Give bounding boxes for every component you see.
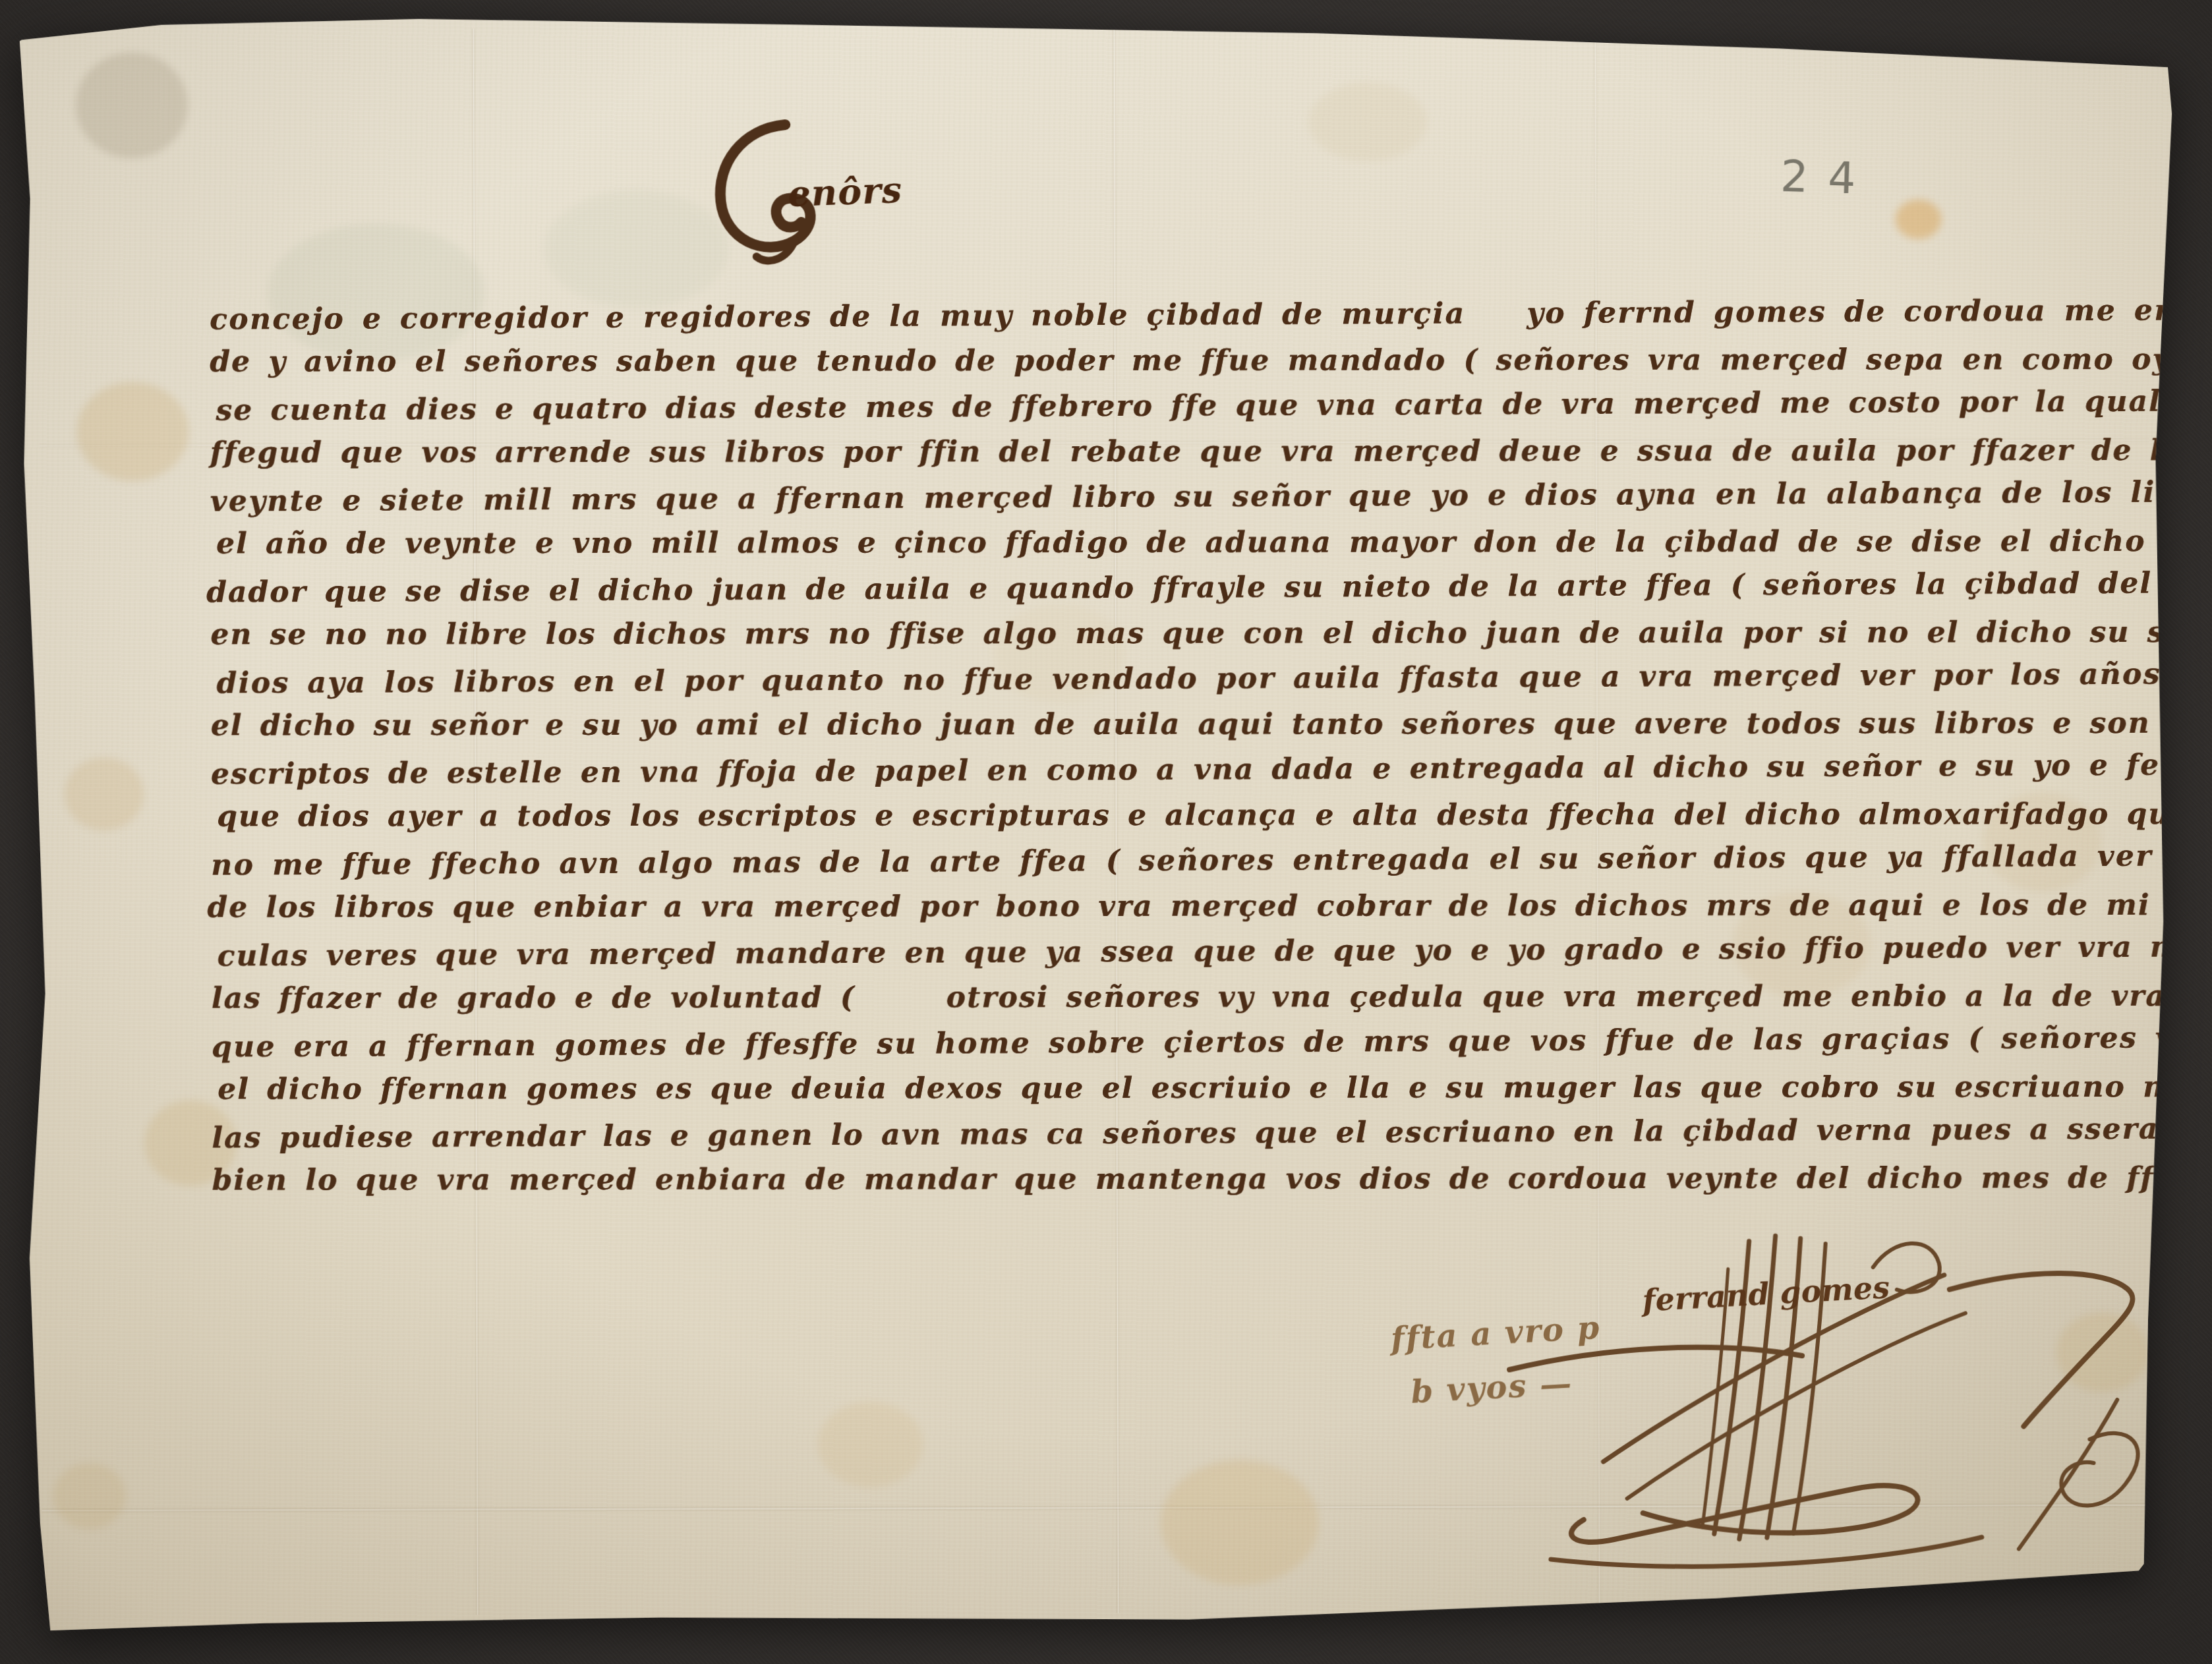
manuscript-line: que era a ffernan gomes de ffesffe su ho… bbox=[212, 1016, 2051, 1070]
stain bbox=[53, 1463, 126, 1529]
manuscript-body: concejo e corregidor e regidores de la m… bbox=[210, 290, 2051, 1249]
stain bbox=[76, 53, 188, 158]
manuscript-line: el dicho ffernan gomes es que deuia dexo… bbox=[218, 1064, 2051, 1112]
stain bbox=[1308, 82, 1427, 161]
stain bbox=[1161, 1460, 1319, 1586]
manuscript-line: culas veres que vra merçed mandare en qu… bbox=[217, 925, 2050, 979]
manuscript-paper: enôrs 24 concejo e corregidor e regidore… bbox=[16, 8, 2196, 1650]
manuscript-line: de y avino el señores saben que tenudo d… bbox=[210, 337, 2049, 384]
stain bbox=[76, 382, 189, 481]
paper-sheet: enôrs 24 concejo e corregidor e regidore… bbox=[16, 8, 2196, 1650]
signature-rubric: ferrand gomes bbox=[1504, 1228, 2164, 1586]
manuscript-line: no me ffue ffecho avn algo mas de la art… bbox=[211, 834, 2050, 888]
manuscript-line: en se no no libre los dichos mrs no ffis… bbox=[210, 610, 2049, 657]
manuscript-line: concejo e corregidor e regidores de la m… bbox=[210, 288, 2049, 342]
manuscript-line: que dios ayer a todos los escriptos e es… bbox=[217, 791, 2050, 839]
manuscript-line: veynte e siete mill mrs que a ffernan me… bbox=[210, 470, 2049, 524]
manuscript-line: las ffazer de grado e de voluntad ( otro… bbox=[212, 973, 2051, 1021]
manuscript-line: escriptos de estelle en vna ffoja de pap… bbox=[211, 743, 2050, 797]
stain bbox=[1896, 200, 1942, 239]
heading-text: enôrs bbox=[787, 169, 903, 215]
manuscript-line: el dicho su señor e su yo ami el dicho j… bbox=[211, 701, 2050, 748]
stain bbox=[65, 758, 144, 830]
stain bbox=[544, 189, 728, 308]
manuscript-line: dios aya los libros en el por quanto no … bbox=[216, 652, 2049, 706]
folio-number: 24 bbox=[1780, 151, 1876, 205]
document-heading: enôrs bbox=[707, 115, 985, 254]
manuscript-line: dador que se dise el dicho juan de auila… bbox=[206, 561, 2049, 615]
manuscript-line: se cuenta dies e quatro dias deste mes d… bbox=[216, 379, 2049, 433]
manuscript-line: ffegud que vos arrende sus libros por ff… bbox=[210, 428, 2049, 475]
stain bbox=[817, 1402, 923, 1487]
manuscript-line: bien lo que vra merçed enbiara de mandar… bbox=[212, 1155, 2051, 1203]
manuscript-line: de los libros que enbiar a vra merçed po… bbox=[207, 882, 2050, 930]
manuscript-line: el año de veynte e vno mill almos e çinc… bbox=[216, 519, 2049, 566]
manuscript-line: las pudiese arrendar las e ganen lo avn … bbox=[212, 1106, 2051, 1161]
photograph-background: enôrs 24 concejo e corregidor e regidore… bbox=[0, 0, 2212, 1664]
signature-name: ferrand gomes bbox=[1639, 1269, 1890, 1319]
